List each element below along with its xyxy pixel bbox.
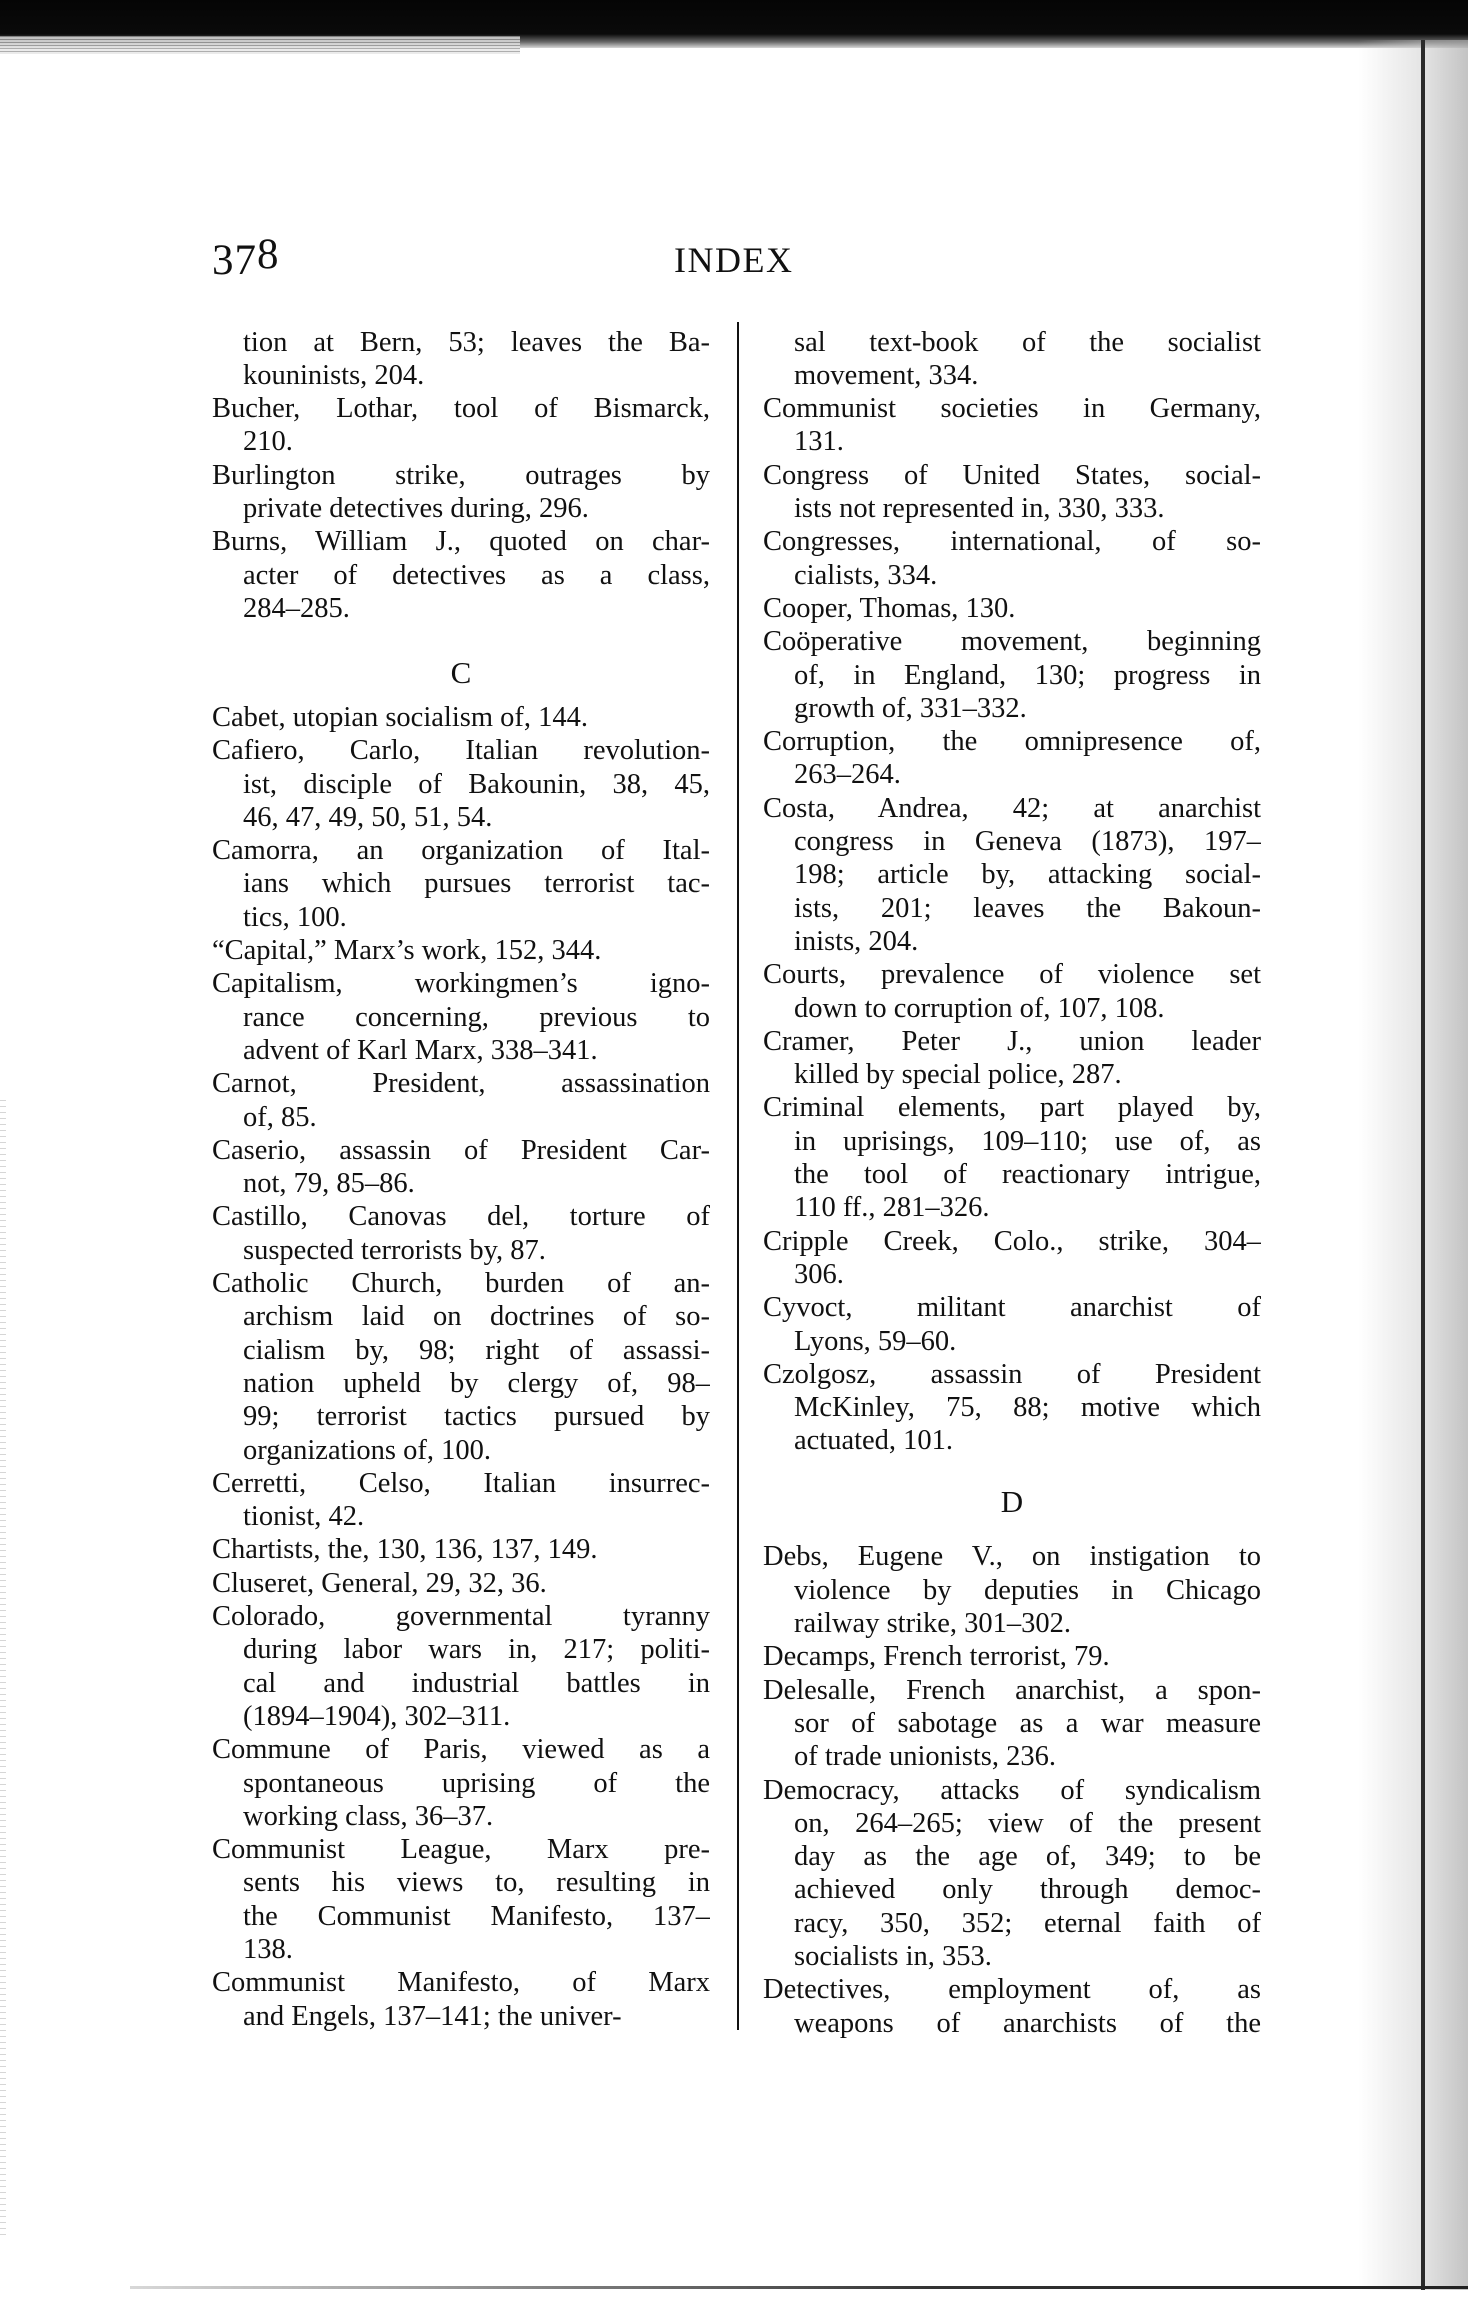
entry-heading-line: Democracy, attacks of syndicalism bbox=[763, 1774, 1261, 1807]
entry-continuation-line: weapons of anarchists of the bbox=[794, 2007, 1261, 2040]
entry-continuation-line: socialists in, 353. bbox=[794, 1940, 1261, 1973]
entry-continuation-line: ists, 201; leaves the Bakoun- bbox=[794, 892, 1261, 925]
entry-heading-line: Detectives, employment of, as bbox=[763, 1973, 1261, 2006]
entry-heading-line: Burns, William J., quoted on char- bbox=[212, 525, 710, 558]
entry-continuation-line: cialism by, 98; right of assassi- bbox=[243, 1334, 710, 1367]
entry-continuation-line: achieved only through democ- bbox=[794, 1873, 1261, 1906]
entry-heading-line: Cooper, Thomas, 130. bbox=[763, 592, 1261, 625]
entry-continuation-line: 131. bbox=[794, 425, 1261, 458]
entry-heading-line: Corruption, the omnipresence of, bbox=[763, 725, 1261, 758]
entry-continuation-line: 306. bbox=[794, 1258, 1261, 1291]
entry-continuation-line: private detectives during, 296. bbox=[243, 492, 710, 525]
entry-continuation-line: McKinley, 75, 88; motive which bbox=[794, 1391, 1261, 1424]
entry-continuation-line: ians which pursues terrorist tac- bbox=[243, 867, 710, 900]
entry-continuation-line: and Engels, 137–141; the univer- bbox=[243, 2000, 710, 2033]
entry-heading-line: Bucher, Lothar, tool of Bismarck, bbox=[212, 392, 710, 425]
page-bottom-edge bbox=[130, 2286, 1468, 2289]
entry-continuation-line: rance concerning, previous to bbox=[243, 1001, 710, 1034]
entry-heading-line: Decamps, French terrorist, 79. bbox=[763, 1640, 1261, 1673]
page-title: INDEX bbox=[674, 238, 793, 282]
entry-continuation-line: organizations of, 100. bbox=[243, 1434, 710, 1467]
entry-continuation-line: growth of, 331–332. bbox=[794, 692, 1261, 725]
entry-continuation-line: working class, 36–37. bbox=[243, 1800, 710, 1833]
entry-heading-line: Capitalism, workingmen’s igno- bbox=[212, 967, 710, 1000]
entry-continuation-line: 110 ff., 281–326. bbox=[794, 1191, 1261, 1224]
scan-left-speckle bbox=[0, 1100, 6, 2240]
entry-continuation-line: violence by deputies in Chicago bbox=[794, 1574, 1261, 1607]
page-number: 378 bbox=[212, 236, 280, 286]
entry-continuation-line: suspected terrorists by, 87. bbox=[243, 1234, 710, 1267]
entry-continuation-line: racy, 350, 352; eternal faith of bbox=[794, 1907, 1261, 1940]
entry-continuation-line: cialists, 334. bbox=[794, 559, 1261, 592]
entry-continuation-line: nation upheld by clergy of, 98– bbox=[243, 1367, 710, 1400]
entry-continuation-line: inists, 204. bbox=[794, 925, 1261, 958]
entry-continuation-line: ist, disciple of Bakounin, 38, 45, bbox=[243, 768, 710, 801]
entry-continuation-line: advent of Karl Marx, 338–341. bbox=[243, 1034, 710, 1067]
entry-heading-line: Coöperative movement, beginning bbox=[763, 625, 1261, 658]
entry-heading-line: Chartists, the, 130, 136, 137, 149. bbox=[212, 1533, 710, 1566]
entry-heading-line: Cripple Creek, Colo., strike, 304– bbox=[763, 1225, 1261, 1258]
entry-heading-line: Burlington strike, outrages by bbox=[212, 459, 710, 492]
entry-continuation-line: not, 79, 85–86. bbox=[243, 1167, 710, 1200]
entry-continuation-line: tionist, 42. bbox=[243, 1500, 710, 1533]
letter-heading: D bbox=[763, 1484, 1261, 1520]
entry-continuation-line: day as the age of, 349; to be bbox=[794, 1840, 1261, 1873]
entry-continuation-line: kouninists, 204. bbox=[243, 359, 710, 392]
entry-heading-line: Costa, Andrea, 42; at anarchist bbox=[763, 792, 1261, 825]
entry-continuation-line: 99; terrorist tactics pursued by bbox=[243, 1400, 710, 1433]
entry-continuation-line: 210. bbox=[243, 425, 710, 458]
entry-heading-line: Colorado, governmental tyranny bbox=[212, 1600, 710, 1633]
entry-heading-line: Commune of Paris, viewed as a bbox=[212, 1733, 710, 1766]
entry-continuation-line: 138. bbox=[243, 1933, 710, 1966]
entry-heading-line: Communist League, Marx pre- bbox=[212, 1833, 710, 1866]
entry-continuation-line: archism laid on doctrines of so- bbox=[243, 1300, 710, 1333]
entry-continuation-line: sents his views to, resulting in bbox=[243, 1866, 710, 1899]
entry-continuation-line: of, in England, 130; progress in bbox=[794, 659, 1261, 692]
entry-continuation-line: congress in Geneva (1873), 197– bbox=[794, 825, 1261, 858]
entry-heading-line: Debs, Eugene V., on instigation to bbox=[763, 1540, 1261, 1573]
entry-continuation-line: of trade unionists, 236. bbox=[794, 1740, 1261, 1773]
entry-continuation-line: Lyons, 59–60. bbox=[794, 1325, 1261, 1358]
entry-continuation-line: movement, 334. bbox=[794, 359, 1261, 392]
letter-heading: C bbox=[212, 655, 710, 691]
entry-heading-line: Congresses, international, of so- bbox=[763, 525, 1261, 558]
entry-continuation-line: cal and industrial battles in bbox=[243, 1667, 710, 1700]
scan-top-streak bbox=[0, 36, 520, 54]
entry-heading-line: Delesalle, French anarchist, a spon- bbox=[763, 1674, 1261, 1707]
entry-heading-line: Cafiero, Carlo, Italian revolution- bbox=[212, 734, 710, 767]
entry-continuation-line: ists not represented in, 330, 333. bbox=[794, 492, 1261, 525]
entry-continuation-line: (1894–1904), 302–311. bbox=[243, 1700, 710, 1733]
entry-continuation-line: 46, 47, 49, 50, 51, 54. bbox=[243, 801, 710, 834]
entry-continuation-line: 284–285. bbox=[243, 592, 710, 625]
entry-continuation-line: railway strike, 301–302. bbox=[794, 1607, 1261, 1640]
entry-heading-line: Cluseret, General, 29, 32, 36. bbox=[212, 1567, 710, 1600]
column-divider bbox=[737, 322, 739, 2030]
running-head: 378 INDEX bbox=[0, 236, 1468, 286]
entry-continuation-line: on, 264–265; view of the present bbox=[794, 1807, 1261, 1840]
entry-heading-line: Camorra, an organization of Ital- bbox=[212, 834, 710, 867]
entry-continuation-line: 198; article by, attacking social- bbox=[794, 858, 1261, 891]
entry-continuation-line: sal text-book of the socialist bbox=[794, 326, 1261, 359]
entry-continuation-line: tion at Bern, 53; leaves the Ba- bbox=[243, 326, 710, 359]
entry-heading-line: Catholic Church, burden of an- bbox=[212, 1267, 710, 1300]
page-number-tail: 8 bbox=[257, 231, 280, 278]
entry-continuation-line: down to corruption of, 107, 108. bbox=[794, 992, 1261, 1025]
entry-continuation-line: sor of sabotage as a war measure bbox=[794, 1707, 1261, 1740]
entry-continuation-line: spontaneous uprising of the bbox=[243, 1767, 710, 1800]
entry-continuation-line: acter of detectives as a class, bbox=[243, 559, 710, 592]
entry-continuation-line: tics, 100. bbox=[243, 901, 710, 934]
entry-heading-line: “Capital,” Marx’s work, 152, 344. bbox=[212, 934, 710, 967]
entry-continuation-line: 263–264. bbox=[794, 758, 1261, 791]
entry-continuation-line: in uprisings, 109–110; use of, as bbox=[794, 1125, 1261, 1158]
entry-heading-line: Communist Manifesto, of Marx bbox=[212, 1966, 710, 1999]
entry-continuation-line: killed by special police, 287. bbox=[794, 1058, 1261, 1091]
entry-heading-line: Congress of United States, social- bbox=[763, 459, 1261, 492]
page-number-main: 37 bbox=[212, 237, 257, 284]
entry-continuation-line: actuated, 101. bbox=[794, 1424, 1261, 1457]
entry-heading-line: Cramer, Peter J., union leader bbox=[763, 1025, 1261, 1058]
entry-heading-line: Communist societies in Germany, bbox=[763, 392, 1261, 425]
entry-heading-line: Czolgosz, assassin of President bbox=[763, 1358, 1261, 1391]
entry-continuation-line: the tool of reactionary intrigue, bbox=[794, 1158, 1261, 1191]
entry-heading-line: Caserio, assassin of President Car- bbox=[212, 1134, 710, 1167]
entry-heading-line: Carnot, President, assassination bbox=[212, 1067, 710, 1100]
entry-heading-line: Criminal elements, part played by, bbox=[763, 1091, 1261, 1124]
page-gutter-shadow bbox=[1358, 40, 1468, 2290]
entry-heading-line: Cerretti, Celso, Italian insurrec- bbox=[212, 1467, 710, 1500]
page-edge-line bbox=[1421, 40, 1425, 2290]
entry-heading-line: Courts, prevalence of violence set bbox=[763, 958, 1261, 991]
entry-heading-line: Cyvoct, militant anarchist of bbox=[763, 1291, 1261, 1324]
entry-continuation-line: the Communist Manifesto, 137– bbox=[243, 1900, 710, 1933]
entry-heading-line: Castillo, Canovas del, torture of bbox=[212, 1200, 710, 1233]
entry-continuation-line: of, 85. bbox=[243, 1101, 710, 1134]
entry-continuation-line: during labor wars in, 217; politi- bbox=[243, 1633, 710, 1666]
entry-heading-line: Cabet, utopian socialism of, 144. bbox=[212, 701, 710, 734]
